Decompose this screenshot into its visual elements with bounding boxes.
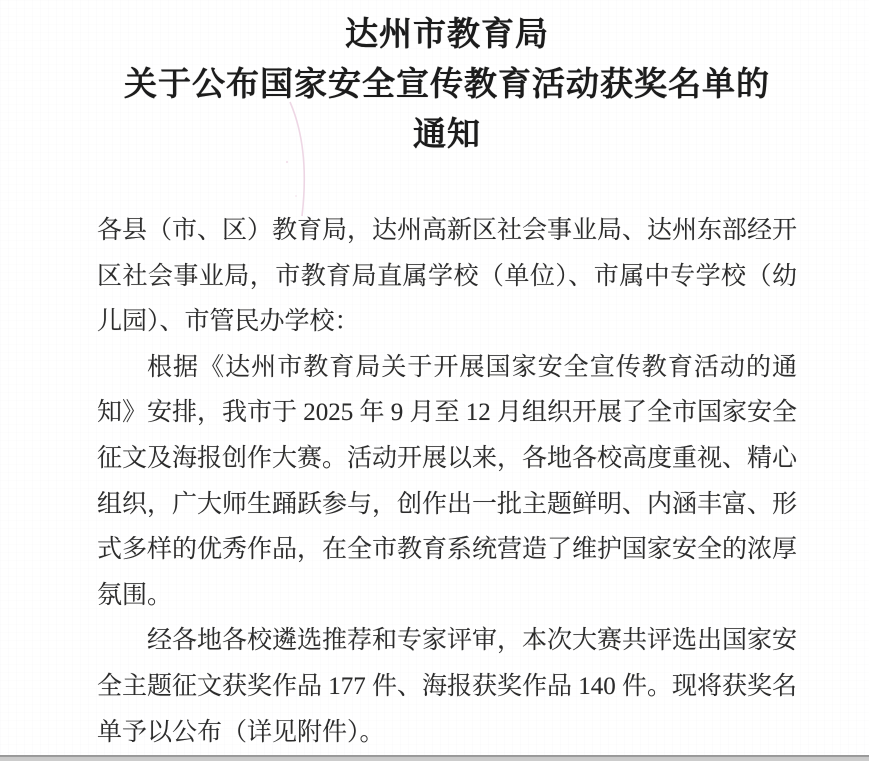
body-text-line: 组织，广大师生踊跃参与，创作出一批主题鲜明、内涵丰富、形: [97, 482, 797, 528]
document-content: 达州市教育局 关于公布国家安全宣传教育活动获奖名单的 通知 各县（市、区）教育局…: [97, 0, 797, 755]
document-title-line-issuer: 达州市教育局: [97, 10, 797, 60]
document-title-line-type: 通知: [97, 110, 797, 160]
document-title: 达州市教育局 关于公布国家安全宣传教育活动获奖名单的 通知: [97, 0, 797, 160]
scanned-document-page: 达州市教育局 关于公布国家安全宣传教育活动获奖名单的 通知 各县（市、区）教育局…: [0, 0, 869, 761]
body-text-line: 氛围。: [97, 573, 797, 619]
scanner-edge-bar: [0, 755, 869, 761]
body-text-line: 各县（市、区）教育局，达州高新区社会事业局、达州东部经开: [97, 208, 797, 254]
body-text-line: 儿园）、市管民办学校：: [97, 299, 797, 345]
body-text-line: 根据《达州市教育局关于开展国家安全宣传教育活动的通: [97, 345, 797, 391]
document-body: 各县（市、区）教育局，达州高新区社会事业局、达州东部经开 区社会事业局，市教育局…: [97, 208, 797, 755]
body-text-line: 全主题征文获奖作品 177 件、海报获奖作品 140 件。现将获奖名: [97, 664, 797, 710]
body-text-line: 式多样的优秀作品，在全市教育系统营造了维护国家安全的浓厚: [97, 527, 797, 573]
body-text-line: 经各地各校遴选推荐和专家评审，本次大赛共评选出国家安: [97, 618, 797, 664]
document-title-line-subject: 关于公布国家安全宣传教育活动获奖名单的: [97, 60, 797, 110]
body-text-line: 知》安排，我市于 2025 年 9 月至 12 月组织开展了全市国家安全: [97, 390, 797, 436]
body-text-line: 单予以公布（详见附件）。: [97, 710, 797, 756]
body-text-line: 征文及海报创作大赛。活动开展以来，各地各校高度重视、精心: [97, 436, 797, 482]
body-text-line: 区社会事业局，市教育局直属学校（单位）、市属中专学校（幼: [97, 254, 797, 300]
